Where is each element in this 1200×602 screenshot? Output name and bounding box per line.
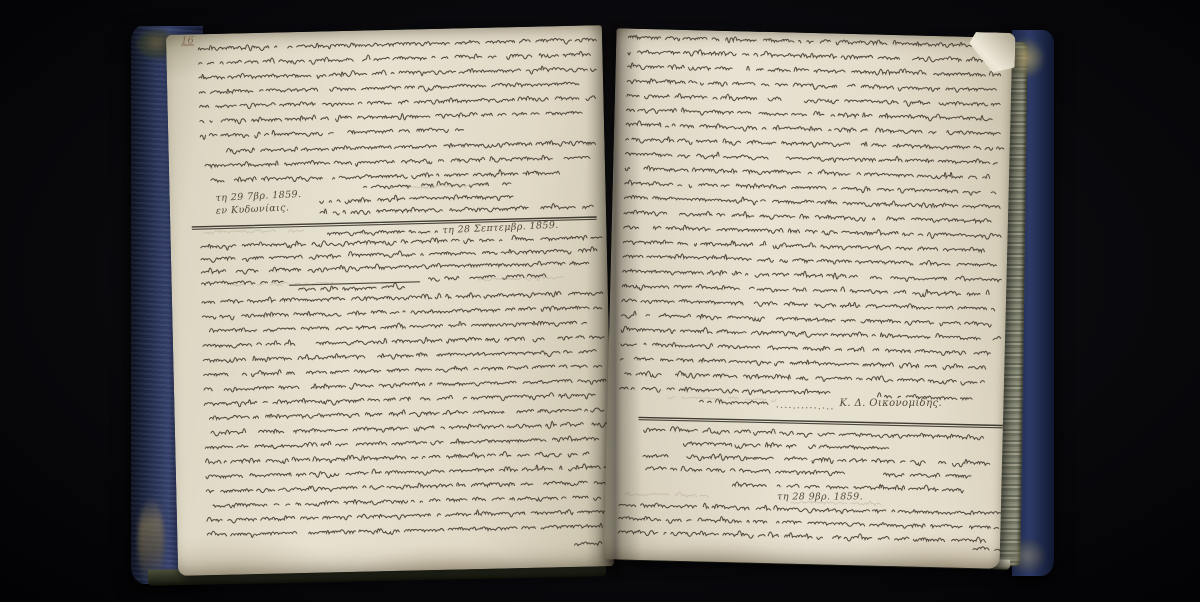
left-page-handwriting xyxy=(166,25,614,576)
right-page-handwriting xyxy=(604,28,1013,569)
cover-wear-bottom-right xyxy=(1003,534,1051,578)
photo-background: 16 τη 29 7βρ. 1859. εν Κυδωνίαις. τη 28 … xyxy=(0,0,1200,602)
signature: Κ. Δ. Οικονομίδης. xyxy=(839,398,942,409)
manuscript-page-left: 16 τη 29 7βρ. 1859. εν Κυδωνίαις. τη 28 … xyxy=(166,25,614,576)
right-closing-date: τη 28 9βρ. 1859. xyxy=(777,491,863,502)
page-number-left: 16 xyxy=(181,35,194,46)
manuscript-page-right: 17 Κ. Δ. Οικονομίδης. τη 28 9βρ. 1859. xyxy=(604,28,1013,569)
